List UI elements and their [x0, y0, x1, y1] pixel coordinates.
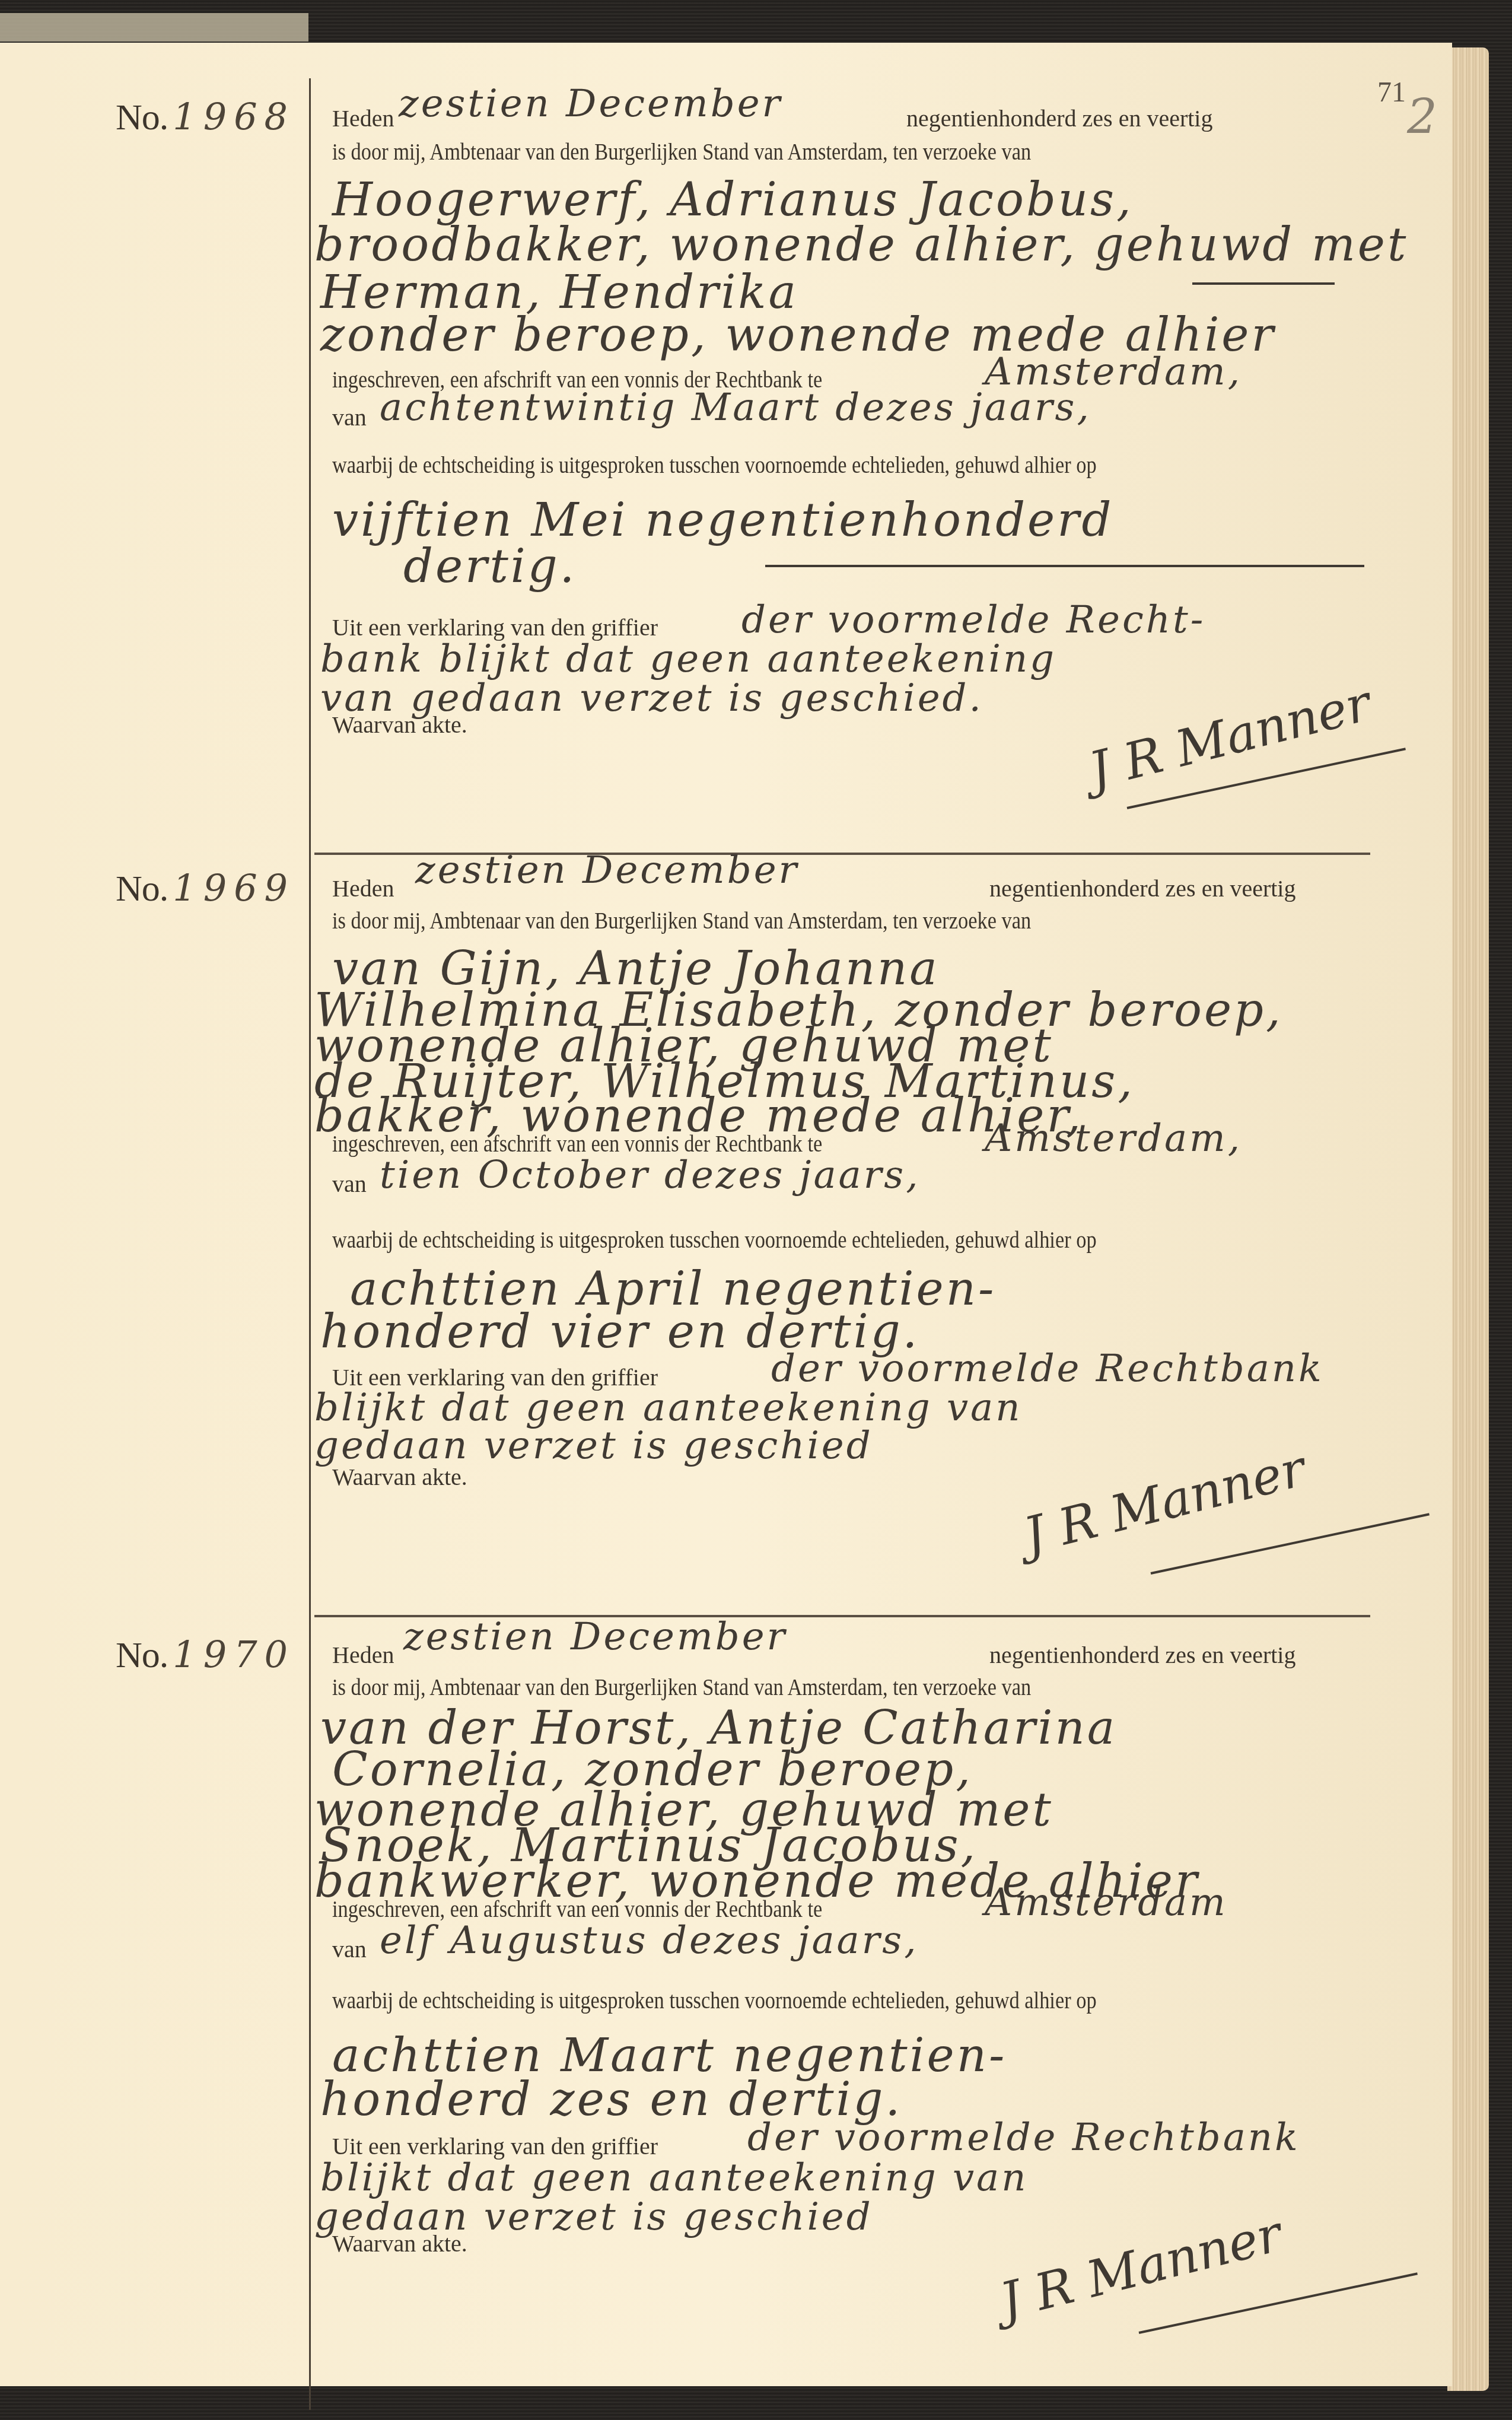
- griffier-text: gedaan verzet is geschied: [314, 1424, 873, 1468]
- van-label: van: [332, 403, 367, 431]
- year-text: negentienhonderd zes en veertig: [906, 104, 1212, 132]
- date-day-month: zestien December: [403, 1615, 787, 1659]
- akte-line: Waarvan akte.: [332, 1463, 467, 1491]
- index-tab: [0, 13, 308, 42]
- date-day-month: zestien December: [415, 848, 799, 892]
- griffier-text: blijkt dat geen aanteekening van: [314, 1386, 1022, 1430]
- judgment-date: achtentwintig Maart dezes jaars,: [380, 386, 1091, 430]
- entry-number: No.1969: [116, 866, 295, 910]
- page-edges: [1447, 47, 1489, 2391]
- judgment-date: elf Augustus dezes jaars,: [380, 1919, 919, 1963]
- marriage-date: dertig.: [403, 540, 577, 593]
- official-line: is door mij, Ambtenaar van den Burgerlij…: [332, 907, 1145, 934]
- court-city: Amsterdam,: [985, 1117, 1242, 1160]
- judgment-date: tien October dezes jaars,: [380, 1153, 921, 1197]
- printed-page-number: 71: [1377, 76, 1406, 109]
- entry-number: No.1970: [116, 1633, 295, 1677]
- year-text: negentienhonderd zes en veertig: [989, 874, 1295, 902]
- griffier-text: der voormelde Rechtbank: [747, 2116, 1300, 2160]
- date-day-month: zestien December: [399, 82, 782, 126]
- griffier-text: bank blijkt dat geen aanteekening: [320, 637, 1056, 681]
- heden-label: Heden: [332, 1641, 394, 1669]
- griffier-text: der voormelde Recht-: [741, 598, 1205, 642]
- handwritten-page-number: 2: [1407, 89, 1437, 144]
- fill-stroke: [765, 565, 1364, 567]
- griffier-text: der voormelde Rechtbank: [771, 1347, 1324, 1391]
- official-line: is door mij, Ambtenaar van den Burgerlij…: [332, 138, 1145, 166]
- akte-line: Waarvan akte.: [332, 2230, 467, 2257]
- year-text: negentienhonderd zes en veertig: [989, 1641, 1295, 1669]
- van-label: van: [332, 1935, 367, 1963]
- akte-line: Waarvan akte.: [332, 711, 467, 739]
- heden-label: Heden: [332, 104, 394, 132]
- heden-label: Heden: [332, 874, 394, 902]
- margin-rule: [309, 78, 311, 2410]
- marriage-date: vijftien Mei negentienhonderd: [332, 494, 1113, 547]
- waarbij-line: waarbij de echtscheiding is uitgesproken…: [332, 1986, 1221, 2014]
- fill-stroke: [1192, 282, 1335, 285]
- van-label: van: [332, 1170, 367, 1198]
- party-line: broodbakker, wonende alhier, gehuwd met: [314, 218, 1408, 272]
- waarbij-line: waarbij de echtscheiding is uitgesproken…: [332, 1226, 1221, 1254]
- waarbij-line: waarbij de echtscheiding is uitgesproken…: [332, 451, 1221, 479]
- entry-number: No.1968: [116, 95, 295, 139]
- court-city: Amsterdam: [985, 1881, 1228, 1925]
- griffier-text: blijkt dat geen aanteekening van: [320, 2156, 1028, 2200]
- official-line: is door mij, Ambtenaar van den Burgerlij…: [332, 1673, 1145, 1701]
